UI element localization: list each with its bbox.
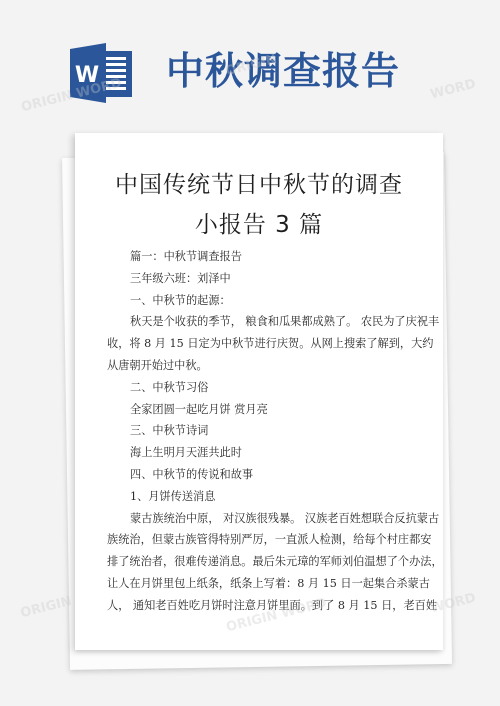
section-heading: 三、中秋节诗词 bbox=[107, 420, 425, 442]
paragraph-line: 从唐朝开始过中秋。 bbox=[107, 355, 425, 377]
document-title: 中国传统节日中秋节的调查 小报告 3 篇 bbox=[75, 165, 443, 245]
document-body: 篇一：中秋节调查报告 三年级六班：刘泽中 一、中秋节的起源： 秋天是个收获的季节… bbox=[107, 246, 425, 617]
paragraph-line: 排了统治者，很难传递消息。最后朱元璋的军师刘伯温想了个办法， bbox=[107, 551, 425, 573]
document-page: 中国传统节日中秋节的调查 小报告 3 篇 篇一：中秋节调查报告 三年级六班：刘泽… bbox=[75, 133, 443, 650]
document-title-line-1: 中国传统节日中秋节的调查 bbox=[75, 165, 443, 205]
paragraph-line: 秋天是个收获的季节， 粮食和瓜果都成熟了。 农民为了庆祝丰 bbox=[107, 311, 425, 333]
paragraph-line: 篇一：中秋节调查报告 bbox=[107, 246, 425, 268]
paragraph-line: 收，将 8 月 15 日定为中秋节进行庆贺。从网上搜索了解到，大约 bbox=[107, 333, 425, 355]
section-heading: 四、中秋节的传说和故事 bbox=[107, 464, 425, 486]
section-heading: 二、中秋节习俗 bbox=[107, 377, 425, 399]
word-document-icon: W bbox=[70, 43, 134, 103]
paragraph-line: 全家团圆一起吃月饼 赏月亮 bbox=[107, 399, 425, 421]
paragraph-line: 族统治，但蒙古族管得特别严厉，一直派人检测，给每个村庄都安 bbox=[107, 529, 425, 551]
paragraph-line: 让人在月饼里包上纸条，纸条上写着：8 月 15 日一起集合杀蒙古 bbox=[107, 573, 425, 595]
paragraph-line: 人， 通知老百姓吃月饼时注意月饼里面。到了 8 月 15 日，老百姓 bbox=[107, 595, 425, 617]
sub-heading: 1、月饼传送消息 bbox=[107, 486, 425, 508]
header: W 中秋调查报告 bbox=[0, 0, 500, 125]
paragraph-line: 三年级六班：刘泽中 bbox=[107, 268, 425, 290]
section-heading: 一、中秋节的起源： bbox=[107, 290, 425, 312]
paragraph-line: 蒙古族统治中原， 对汉族很残暴。 汉族老百姓想联合反抗蒙古 bbox=[107, 508, 425, 530]
paragraph-line: 海上生明月天涯共此时 bbox=[107, 442, 425, 464]
svg-text:W: W bbox=[75, 63, 99, 88]
header-title: 中秋调查报告 bbox=[166, 48, 400, 94]
document-title-line-2: 小报告 3 篇 bbox=[75, 205, 443, 245]
